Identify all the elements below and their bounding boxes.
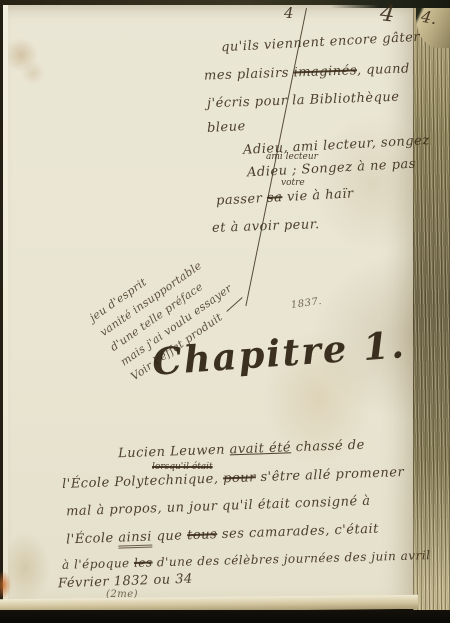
paragraph-line-4-mid: que [152,528,188,544]
photo-left-border [0,0,3,623]
underlined-phrase: avait été [229,440,291,457]
epigraph-line-7-text: passer [216,191,268,209]
page-number-right: 4. [420,9,439,28]
page-number-center: 4 [379,2,397,27]
manuscript-photo: 4 4 4. qu'ils viennent encore gâter mes … [0,0,450,623]
paragraph-line-1-end: chassé de [291,438,365,456]
page-number-left: 4 [284,6,294,21]
orange-stain [0,571,11,599]
struck-word: imaginés [293,63,357,80]
epigraph-line-8: et à avoir peur. [212,218,320,235]
struck-word: pour [223,470,256,486]
epigraph-line-2-end: , quand [357,61,410,78]
epigraph-line-4: bleue [207,120,246,135]
page-left-under-edge [3,4,8,606]
paragraph-line-4-text: l'École [66,531,119,548]
struck-word: les [134,555,153,569]
epigraph-line-2-text: mes plaisirs [204,65,294,83]
book-fore-edge [413,0,450,612]
double-underlined-word: ainsi [118,529,152,548]
photo-bottom-border [0,610,450,623]
interline-insertion-votre: votre [281,179,305,188]
paragraph-line-5-text: à l'époque [62,556,134,572]
interline-struck-insertion: lorsqu'il était [152,463,213,472]
struck-word: tous [187,527,218,543]
